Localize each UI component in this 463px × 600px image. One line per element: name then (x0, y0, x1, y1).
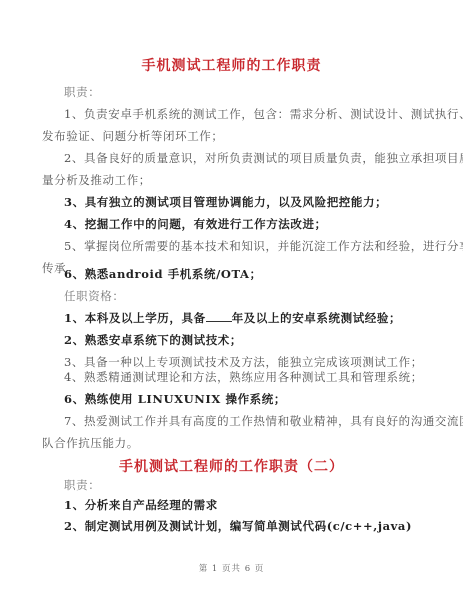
duty-6: 6、熟悉android 手机系统/OTA； (64, 266, 262, 282)
qualification-2: 2、熟悉安卓系统下的测试技术； (64, 332, 242, 348)
qualifications-label: 任职资格： (64, 288, 125, 304)
duty-1-line-2: 发布验证、问题分析等闭环工作； (42, 128, 224, 144)
duty-2-line-1: 2、具备良好的质量意识，对所负责测试的项目质量负责，能独立承担项目质 (64, 150, 463, 166)
duty-2-line-2: 量分析及推动工作； (42, 172, 151, 188)
section-2-duty-2: 2、制定测试用例及测试计划，编写简单测试代码(c/c++,java) (64, 518, 412, 534)
qualification-7-line-1: 7、热爱测试工作并具有高度的工作热情和敬业精神，具有良好的沟通交流团 (64, 413, 463, 429)
page-indicator: 第 1 页共 6 页 (0, 562, 463, 574)
duty-1-line-1: 1、负责安卓手机系统的测试工作，包含：需求分析、测试设计、测试执行、 (64, 106, 463, 122)
duties-label: 职责： (64, 84, 100, 100)
qualification-7-line-2: 队合作抗压能力。 (42, 435, 139, 451)
section-2-duty-1: 1、分析来自产品经理的需求 (64, 497, 218, 513)
duty-5-line-1: 5、掌握岗位所需要的基本技术和知识，并能沉淀工作方法和经验，进行分享 (64, 238, 463, 254)
document-page: 手机测试工程师的工作职责 职责： 1、负责安卓手机系统的测试工作，包含：需求分析… (0, 0, 463, 600)
blank-underline (206, 311, 232, 322)
qualification-1-suffix: 年及以上的安卓系统测试经验； (232, 311, 401, 325)
section-1-title: 手机测试工程师的工作职责 (0, 55, 463, 75)
qualification-3: 3、具备一种以上专项测试技术及方法，能独立完成该项测试工作； (64, 354, 423, 370)
duty-4: 4、挖掘工作中的问题，有效进行工作方法改进； (64, 216, 327, 232)
duty-3: 3、具有独立的测试项目管理协调能力，以及风险把控能力； (64, 194, 387, 210)
qualification-1-prefix: 1、本科及以上学历，具备 (64, 311, 206, 325)
section-2-title: 手机测试工程师的工作职责（二） (0, 456, 463, 476)
section-2-duties-label: 职责： (64, 477, 100, 493)
qualification-1: 1、本科及以上学历，具备年及以上的安卓系统测试经验； (64, 310, 401, 326)
qualification-6: 6、熟练使用 LINUXUNIX 操作系统； (64, 391, 286, 407)
qualification-4: 4、熟悉精通测试理论和方法，熟练应用各种测试工具和管理系统； (64, 369, 423, 385)
